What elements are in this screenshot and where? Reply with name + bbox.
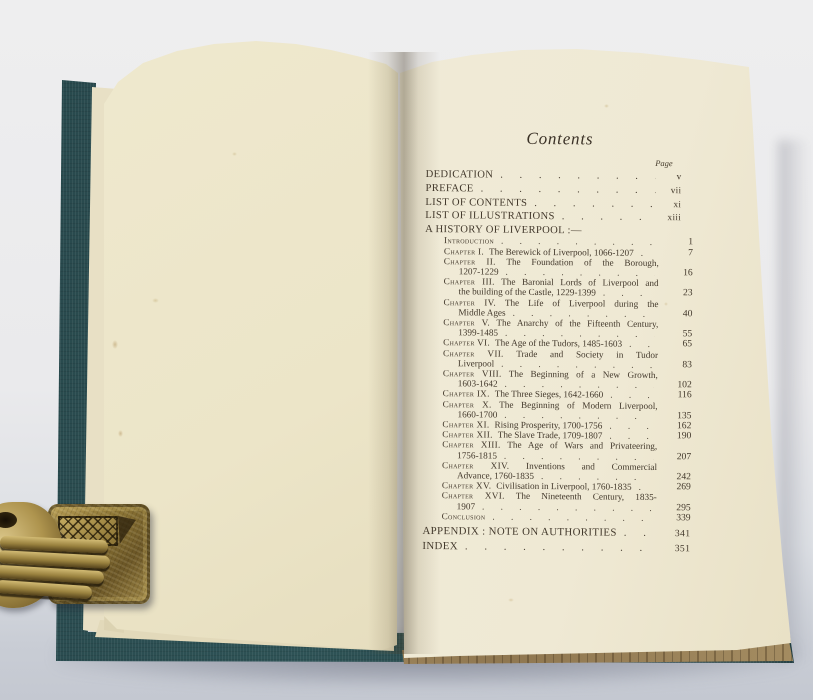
toc-page-number: 341 [656, 528, 690, 540]
toc-entry-label: Chapter XIV. [442, 460, 509, 471]
toc-entry-label: Chapter III. [444, 276, 495, 286]
toc-entry-label: LIST OF ILLUSTRATIONS [425, 210, 555, 222]
toc-entry: Chapter III. The Baronial Lords of Liver… [425, 276, 693, 299]
toc-entry-label: Chapter I. [444, 246, 484, 257]
contents-title: Contents [426, 128, 694, 150]
toc-entry: Chapter X. The Beginning of Modern Liver… [423, 399, 691, 422]
toc-page-number: 16 [659, 268, 693, 278]
toc-entry-label: Chapter XII. [442, 429, 493, 440]
toc-entry-label: Chapter XVI. [442, 491, 505, 502]
toc-page-number: 269 [657, 482, 691, 492]
toc-entry-label: DEDICATION [426, 169, 494, 181]
book-photo: Contents Page DEDICATIONvPREFACEviiLIST … [0, 0, 813, 700]
toc-entry: INDEX351 [422, 541, 690, 555]
toc-entry-label: Chapter II. [444, 256, 496, 266]
toc-page-number: 7 [659, 248, 693, 258]
toc-page-number: 40 [658, 309, 692, 319]
foxing-spot [112, 340, 118, 349]
toc-entry-label: Chapter VI. [443, 338, 490, 349]
toc-entry-label: Conclusion [442, 511, 486, 522]
foxing-spot [118, 430, 123, 437]
toc-entry: Chapter VII. Trade and Society in TudorL… [424, 348, 692, 371]
toc-page-number: vii [659, 185, 693, 196]
toc-entry-label: Chapter VIII. [443, 368, 502, 379]
toc-page-number: 207 [657, 452, 691, 462]
toc-entry-label: INDEX [422, 541, 458, 553]
toc-entry-label: Introduction [444, 236, 494, 247]
toc-page-number: 351 [656, 544, 690, 556]
toc-entry: Chapter XIV. Inventions and CommercialAd… [423, 460, 691, 483]
toc-entry: LIST OF CONTENTSxi [425, 197, 693, 211]
toc-entry-label: Chapter XI. [442, 419, 489, 430]
toc-entry: Chapter IV. The Life of Liverpool during… [424, 297, 692, 320]
page-column-label: Page [426, 156, 694, 168]
toc-page-number: 116 [658, 390, 692, 400]
toc-page-number: xiii [659, 212, 693, 223]
toc-entry-label: Chapter XIII. [442, 440, 500, 451]
toc-entry: DEDICATIONv [426, 169, 694, 183]
toc-entry-label: PREFACE [425, 183, 473, 195]
toc-page-number: 65 [658, 339, 692, 349]
toc-entry: Chapter V. The Anarchy of the Fifteenth … [424, 317, 692, 340]
toc-entry-label: LIST OF CONTENTS [425, 197, 527, 209]
toc-page-number: 339 [657, 513, 691, 523]
toc-entry-label: Chapter V. [443, 317, 490, 327]
toc-entry-label: Chapter IV. [443, 297, 496, 307]
foxing-spot [232, 152, 237, 156]
toc-entry-label: Chapter IX. [443, 389, 490, 400]
toc-entry-label: APPENDIX : NOTE ON AUTHORITIES [422, 526, 616, 539]
foxing-spot [152, 298, 159, 303]
toc-list: DEDICATIONvPREFACEviiLIST OF CONTENTSxiL… [422, 169, 693, 555]
toc-entry: LIST OF ILLUSTRATIONSxiii [425, 210, 693, 224]
toc-page-number: 83 [658, 360, 692, 370]
toc-page-number: 23 [659, 288, 693, 298]
toc-entry: APPENDIX : NOTE ON AUTHORITIES341 [422, 526, 690, 540]
toc-entry-label: Chapter XV. [442, 480, 492, 491]
toc-entry: Conclusion339 [423, 511, 691, 524]
toc-entry: PREFACEvii [425, 183, 693, 197]
foxing-spot [508, 598, 514, 602]
toc-entry: Chapter XIII. The Age of Wars and Privat… [423, 439, 691, 462]
toc-entry: Chapter XVI. The Nineteenth Century, 183… [423, 490, 691, 513]
toc-entry: Chapter VIII. The Beginning of a New Gro… [424, 368, 692, 391]
table-of-contents: Contents Page DEDICATIONvPREFACEviiLIST … [422, 128, 694, 555]
toc-page-number: v [660, 171, 694, 182]
toc-page-number: 190 [657, 431, 691, 441]
toc-entry: Chapter II. The Foundation of the Boroug… [425, 256, 693, 279]
toc-entry-label: Chapter X. [443, 399, 492, 409]
brass-hand-page-clip [0, 494, 160, 620]
toc-entry-label: Chapter VII. [443, 348, 504, 359]
foxing-spot [604, 104, 609, 108]
toc-page-number: xi [659, 199, 693, 210]
